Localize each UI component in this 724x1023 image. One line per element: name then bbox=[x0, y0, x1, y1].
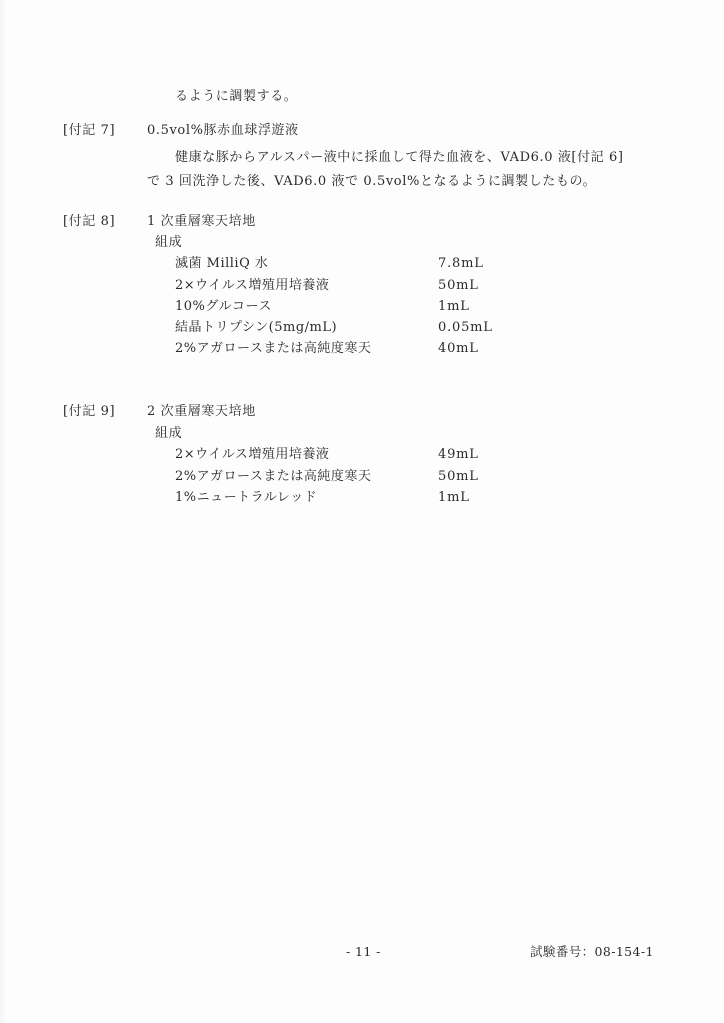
composition-item-amount: 49mL bbox=[438, 447, 479, 463]
appendix-9-title: 2 次重層寒天培地 bbox=[147, 404, 256, 420]
appendix-9-composition-heading: 組成 bbox=[155, 426, 182, 442]
appendix-7-body-line-1: 健康な豚からアルスパー液中に採血して得た血液を、VAD6.0 液[付記 6] bbox=[175, 150, 624, 166]
composition-item-amount: 50mL bbox=[438, 278, 479, 294]
composition-item-amount: 0.05mL bbox=[438, 320, 493, 336]
composition-item-amount: 1mL bbox=[438, 299, 470, 315]
composition-item-name: 2×ウイルス増殖用培養液 bbox=[175, 447, 329, 463]
composition-item-amount: 1mL bbox=[438, 490, 470, 506]
scan-edge-shadow bbox=[0, 0, 6, 1023]
appendix-7-body-line-2: で 3 回洗浄した後、VAD6.0 液で 0.5vol%となるように調製したもの… bbox=[147, 174, 596, 190]
appendix-9-label: [付記 9] bbox=[63, 404, 115, 420]
composition-item-amount: 40mL bbox=[438, 341, 479, 357]
continuation-line: るように調製する。 bbox=[175, 89, 297, 105]
appendix-8-label: [付記 8] bbox=[63, 214, 115, 230]
composition-item-amount: 50mL bbox=[438, 469, 479, 485]
composition-item-name: 結晶トリプシン(5mg/mL) bbox=[175, 320, 337, 336]
appendix-7-title: 0.5vol%豚赤血球浮遊液 bbox=[147, 123, 299, 139]
composition-item-amount: 7.8mL bbox=[438, 256, 484, 272]
composition-item-name: 2×ウイルス増殖用培養液 bbox=[175, 278, 329, 294]
composition-item-name: 2%アガロースまたは高純度寒天 bbox=[175, 341, 371, 357]
appendix-8-composition-heading: 組成 bbox=[155, 235, 182, 251]
composition-item-name: 1%ニュートラルレッド bbox=[175, 490, 317, 506]
composition-item-name: 2%アガロースまたは高純度寒天 bbox=[175, 469, 371, 485]
composition-item-name: 滅菌 MilliQ 水 bbox=[175, 256, 268, 272]
document-page: るように調製する。 [付記 7] 0.5vol%豚赤血球浮遊液 健康な豚からアル… bbox=[0, 0, 724, 1023]
page-number: - 11 - bbox=[346, 944, 381, 960]
appendix-7-label: [付記 7] bbox=[63, 123, 115, 139]
composition-item-name: 10%グルコース bbox=[175, 299, 272, 315]
appendix-8-title: 1 次重層寒天培地 bbox=[147, 214, 256, 230]
test-number: 試験番号：08-154-1 bbox=[530, 944, 654, 960]
